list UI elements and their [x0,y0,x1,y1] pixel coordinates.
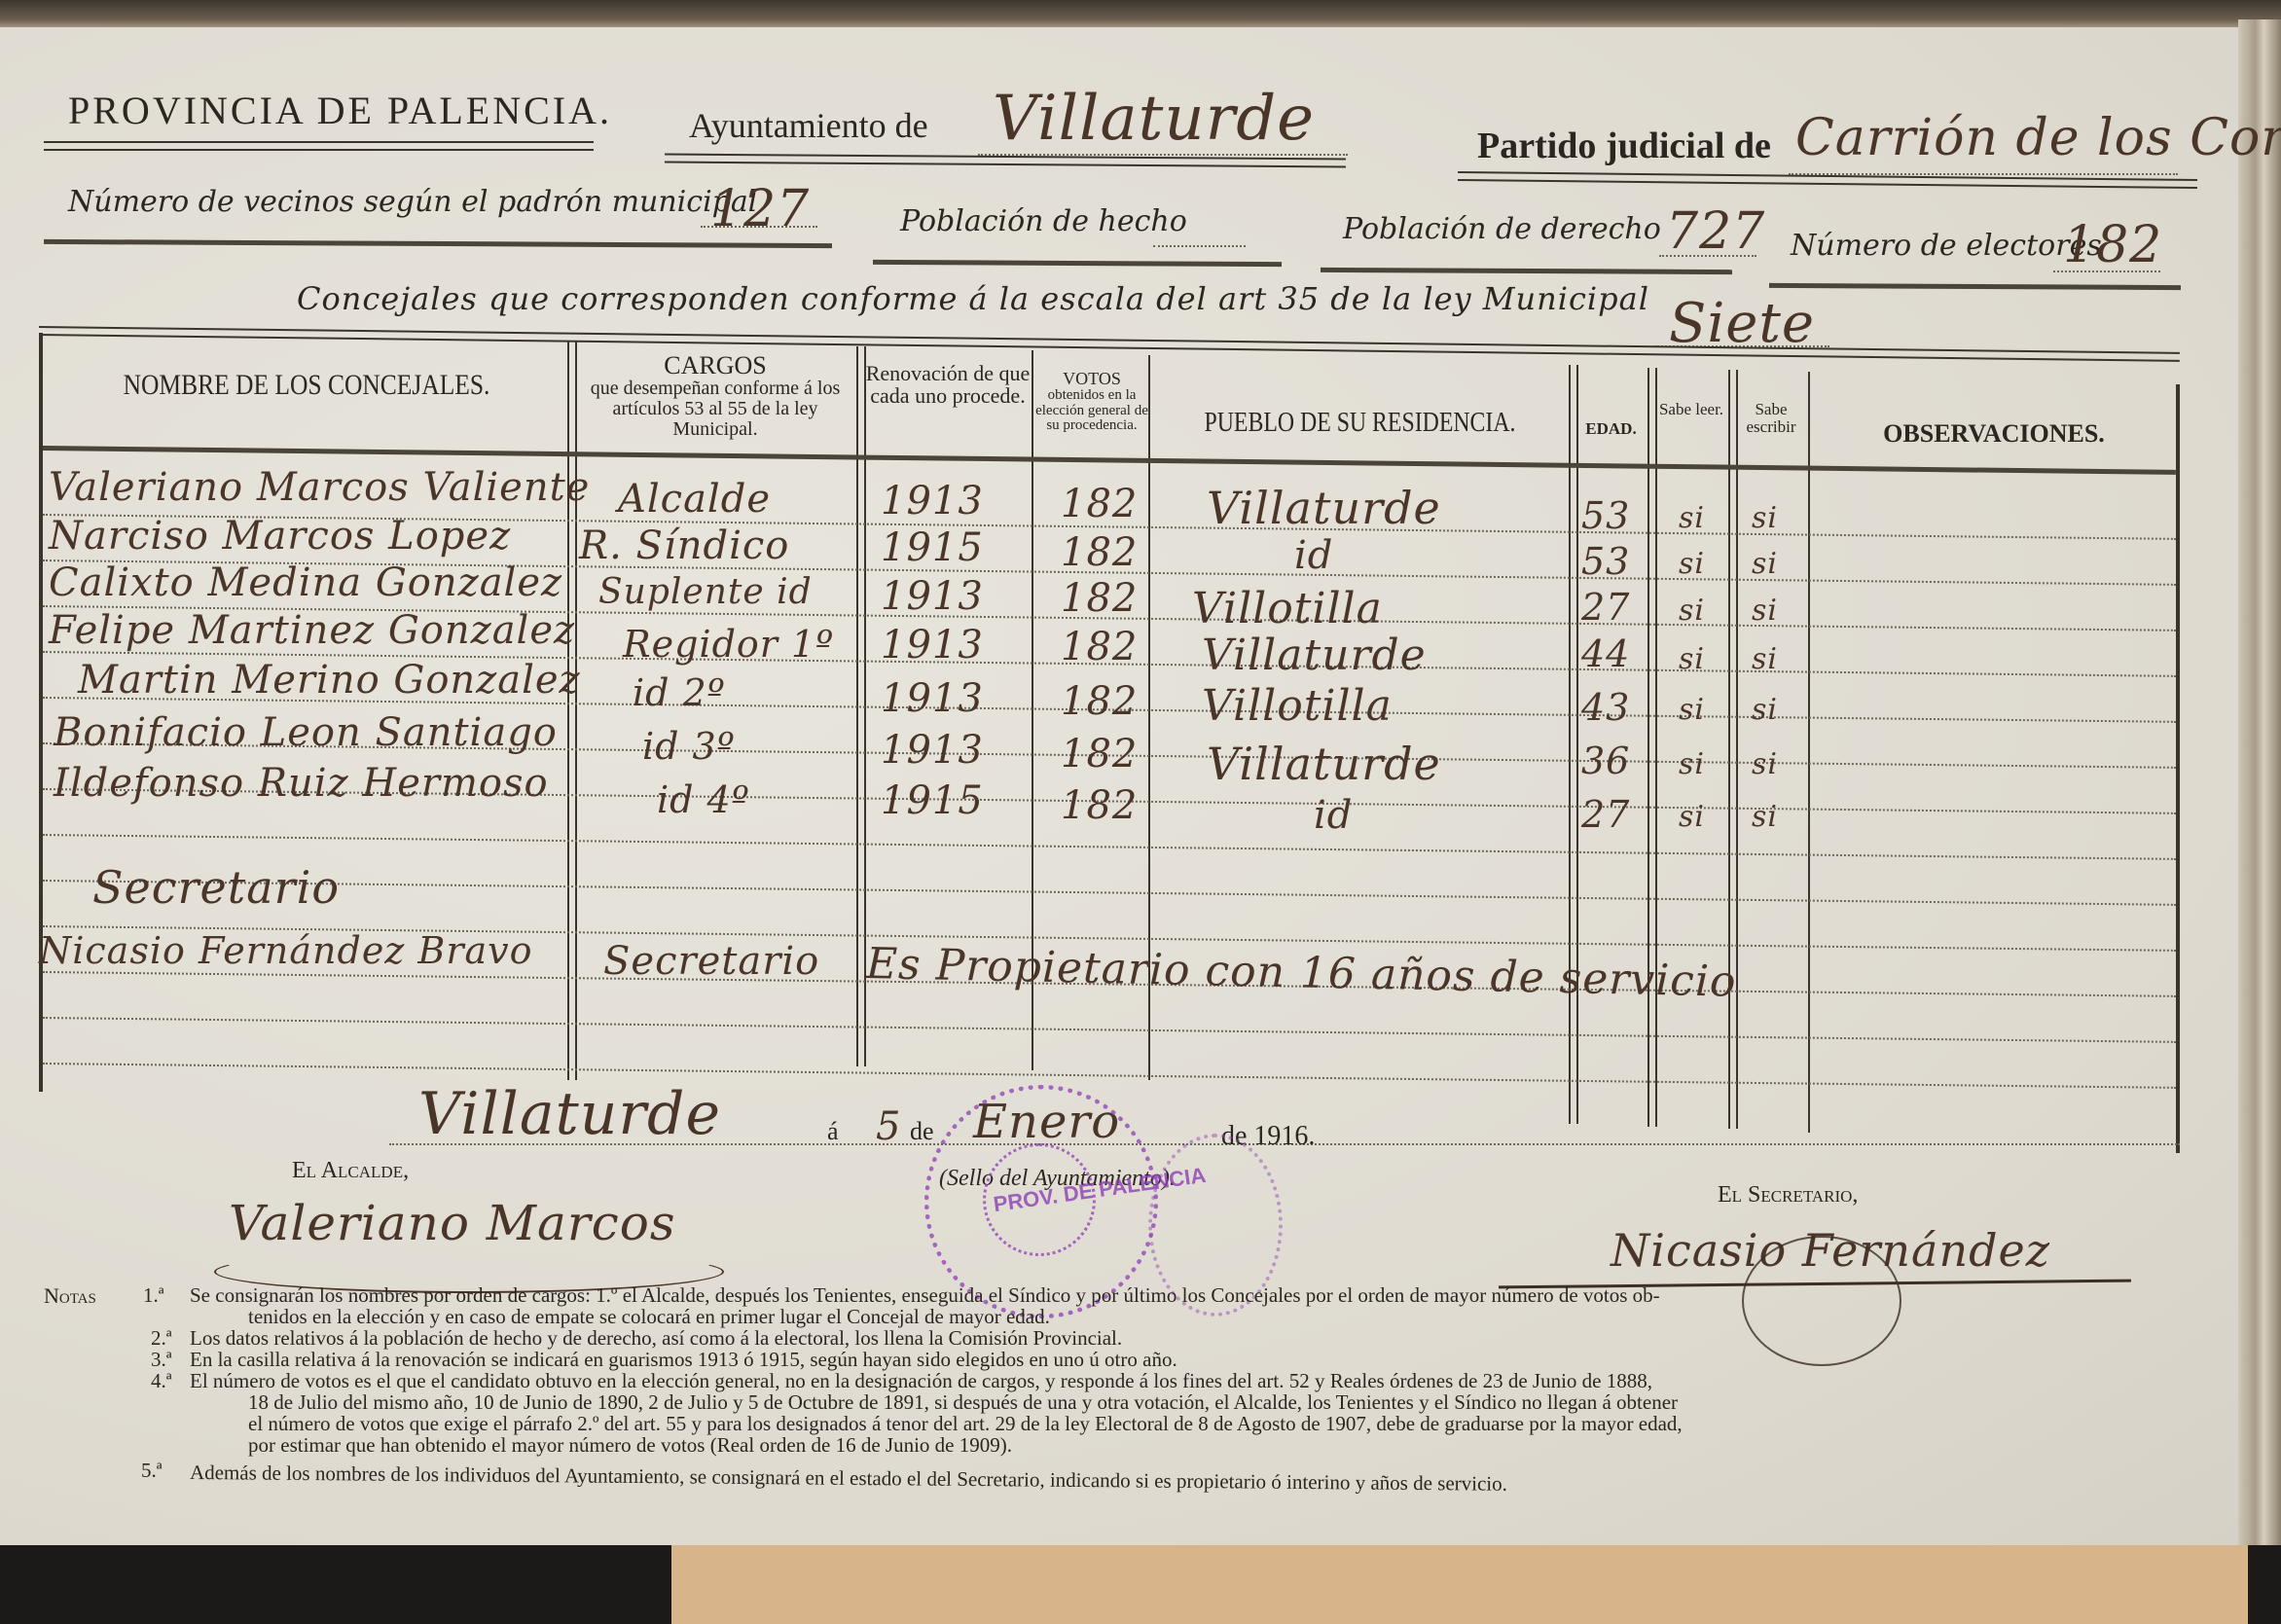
day-value: 5 [876,1104,901,1149]
note-number: 2.ª [151,1327,172,1350]
column-divider [1647,368,1657,1127]
cell-renovacion: 1915 [881,778,984,823]
note-text: tenidos en la elección y en caso de empa… [248,1306,1050,1328]
derecho-value: 727 [1666,202,1765,261]
cell-leer: si [1679,693,1705,727]
electores-label: Número de electores [1791,229,2102,263]
electores-value: 182 [2063,216,2162,274]
cell-renovacion: 1913 [881,623,984,668]
cell-leer: si [1679,800,1705,834]
cell-renovacion: 1913 [881,479,984,523]
cell-pueblo: Villotilla [1202,681,1393,731]
cargos-subtitle: que desempeñan conforme á los artículos … [574,379,856,440]
alcalde-signature: Valeriano Marcos [229,1195,675,1251]
cell-nombre: Martin Merino Gonzalez [78,658,581,703]
secretario-cargo: Secretario [603,939,819,984]
secretario-label: El Secretario, [1718,1182,1858,1209]
table-right-border [2176,384,2180,1153]
cell-pueblo: Villaturde [1207,482,1441,534]
alcalde-label: El Alcalde, [292,1158,409,1184]
col-header-pueblo: PUEBLO DE SU RESIDENCIA. [1184,409,1536,437]
cell-cargo: Suplente id [598,572,813,612]
secretario-heading: Secretario [92,861,340,914]
page-edge [2238,19,2281,1576]
cell-pueblo: Villaturde [1207,738,1441,790]
cell-votos: 182 [1061,482,1138,526]
cell-pueblo: Villotilla [1192,584,1383,633]
cell-edad: 53 [1581,540,1630,583]
cell-cargo: id 4º [657,778,750,821]
cell-cargo: Regidor 1º [623,623,834,666]
cell-nombre: Felipe Martinez Gonzalez [49,608,575,653]
cell-renovacion: 1913 [881,574,984,619]
partido-label: Partido judicial de [1477,125,1771,167]
votos-title: VOTOS [1035,370,1148,388]
ayuntamiento-label: Ayuntamiento de [689,105,928,146]
cell-renovacion: 1913 [881,728,984,773]
cell-escribir: si [1752,501,1778,535]
cell-votos: 182 [1061,679,1138,724]
book-binding-bottom [0,1545,2281,1624]
column-divider [1728,370,1738,1129]
cell-nombre: Valeriano Marcos Valiente [49,465,590,510]
cell-leer: si [1679,747,1705,781]
col-header-leer: Sabe leer. [1654,401,1728,418]
cell-votos: 182 [1061,732,1138,776]
cell-nombre: Narciso Marcos Lopez [49,514,511,559]
notes-label: Notas [44,1284,96,1307]
col-header-escribir: Sabe escribir [1734,401,1808,436]
col-header-nombre: NOMBRE DE LOS CONCEJALES. [88,370,526,401]
col-header-cargos: CARGOS que desempeñan conforme á los art… [574,352,856,440]
cell-renovacion: 1915 [881,525,984,570]
cell-edad: 27 [1581,586,1630,629]
column-divider [1569,365,1578,1124]
col-header-observaciones: OBSERVACIONES. [1812,420,2176,447]
derecho-label: Población de derecho [1343,212,1661,246]
cell-renovacion: 1913 [881,676,984,721]
cell-edad: 43 [1581,686,1630,729]
cell-leer: si [1679,547,1705,581]
cell-nombre: Calixto Medina Gonzalez [49,560,562,605]
note-text: Los datos relativos á la población de he… [190,1327,1122,1350]
cell-pueblo: Villaturde [1202,631,1427,680]
note-text: el número de votos que exige el párrafo … [248,1413,1683,1435]
ayuntamiento-value: Villaturde [993,83,1315,155]
cell-cargo: Alcalde [618,477,771,522]
cargos-title: CARGOS [574,352,856,379]
column-divider [1808,372,1810,1133]
note-number: 1.ª [143,1284,164,1307]
secretario-nombre: Nicasio Fernández Bravo [39,929,533,972]
cell-edad: 53 [1581,494,1630,537]
hecho-value-line [1153,245,1246,247]
note-text: por estimar que han obtenido el mayor nú… [248,1434,1012,1457]
cell-votos: 182 [1061,783,1138,828]
note-number: 5.ª [141,1460,163,1482]
cell-escribir: si [1752,693,1778,727]
province-title: PROVINCIA DE PALENCIA. [68,88,612,133]
cell-escribir: si [1752,747,1778,781]
cell-leer: si [1679,501,1705,535]
place-value: Villaturde [418,1080,721,1148]
cell-cargo: id 2º [633,671,726,714]
col-header-votos: VOTOS obtenidos en la elección general d… [1035,370,1148,434]
cell-leer: si [1679,594,1705,628]
cell-pueblo: id [1294,533,1333,578]
note-number: 4.ª [151,1370,172,1392]
concejales-label: Concejales que corresponden conforme á l… [297,280,1649,317]
cell-edad: 36 [1581,740,1630,782]
cell-votos: 182 [1061,530,1138,575]
hecho-label: Población de hecho [900,204,1187,238]
underlying-page [671,1545,2248,1624]
cell-escribir: si [1752,594,1778,628]
col-header-edad: EDAD. [1575,420,1647,438]
vecinos-value: 127 [710,180,810,238]
a-label: á [827,1117,839,1146]
note-text: El número de votos es el que el candidat… [190,1370,1652,1392]
cell-pueblo: id [1314,793,1353,838]
cell-edad: 27 [1581,793,1630,836]
cell-nombre: Ildefonso Ruiz Hermoso [54,761,549,806]
cell-cargo: R. Síndico [579,523,789,568]
cell-votos: 182 [1061,576,1138,621]
votos-subtitle: obtenidos en la elección general de su p… [1035,388,1148,434]
cell-nombre: Bonifacio Leon Santiago [54,710,558,755]
note-number: 3.ª [151,1349,172,1371]
vecinos-label: Número de vecinos según el padrón munici… [68,185,757,219]
cell-votos: 182 [1061,625,1138,669]
cell-leer: si [1679,642,1705,676]
note-text: 18 de Julio del mismo año, 10 de Junio d… [248,1391,1678,1414]
de-label: de [910,1117,934,1146]
cell-cargo: id 3º [642,725,736,768]
cell-escribir: si [1752,800,1778,834]
secretario-signature-loop [1742,1236,1901,1366]
note-text: Se consignarán los nombres por orden de … [190,1284,1660,1307]
divider [44,141,594,151]
col-header-renovacion: Renovación de que cada uno procede. [864,362,1032,407]
cell-escribir: si [1752,547,1778,581]
cell-escribir: si [1752,642,1778,676]
cell-edad: 44 [1581,632,1630,675]
note-text: En la casilla relativa á la renovación s… [190,1349,1177,1371]
partido-value: Carrión de los Condes [1795,109,2281,167]
